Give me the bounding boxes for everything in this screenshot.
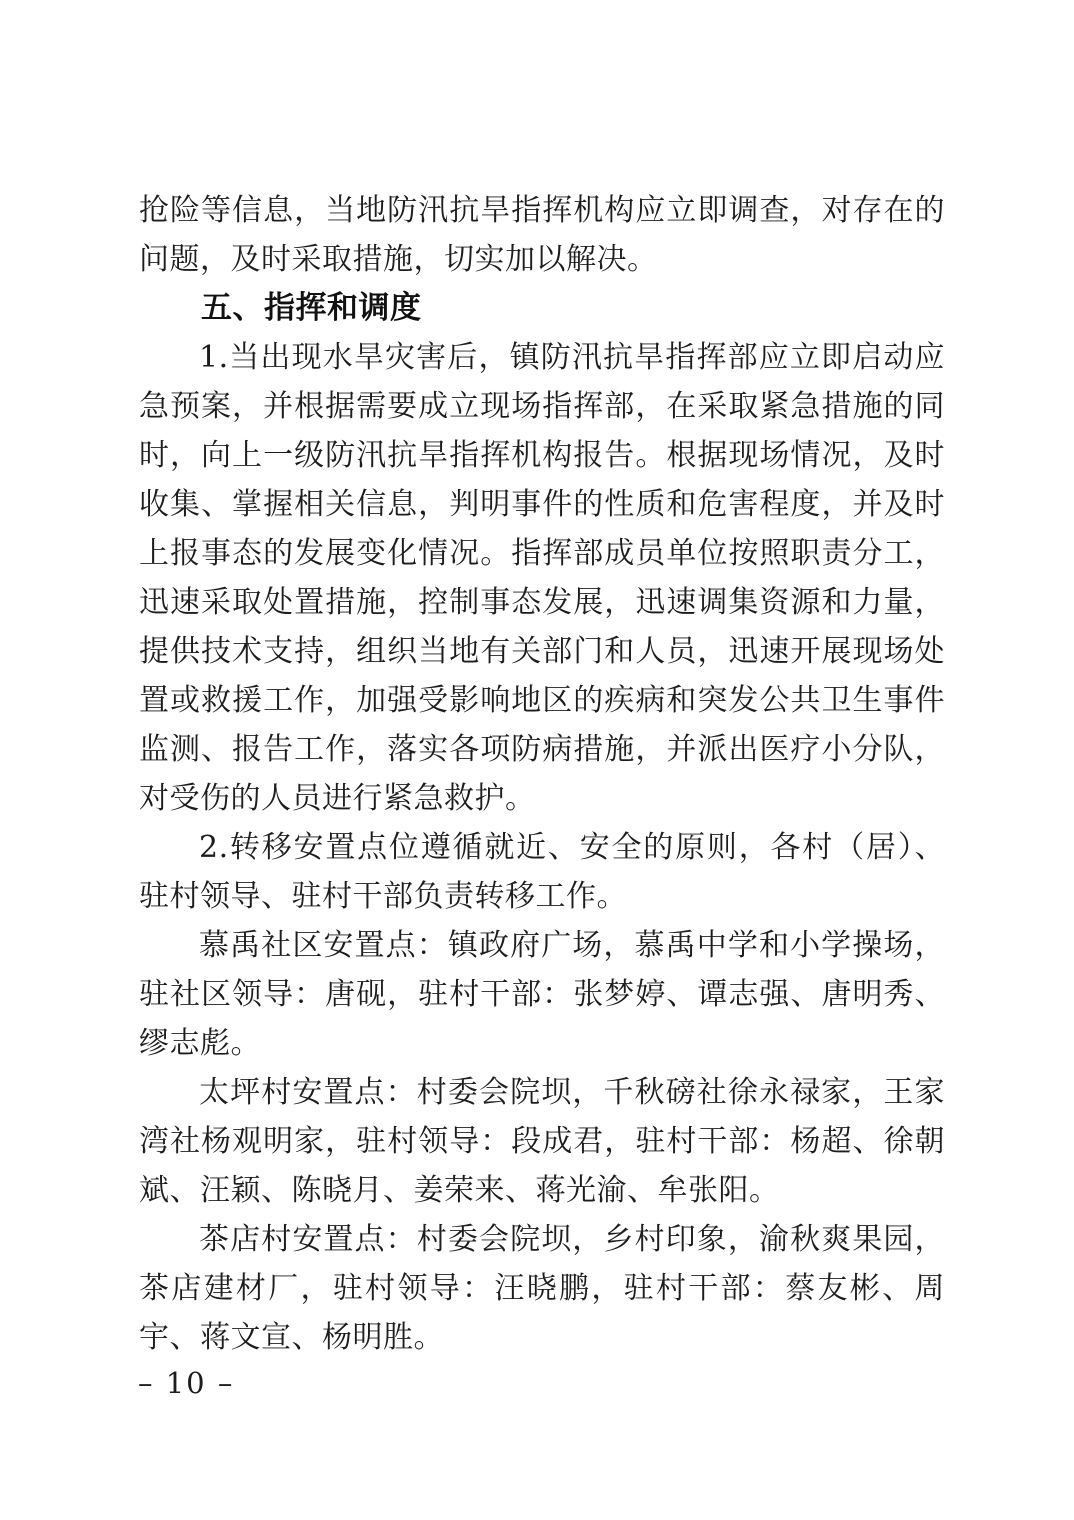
paragraph-item1-emergency-response: 1.当出现水旱灾害后，镇防汛抗旱指挥部应立即启动应急预案，并根据需要成立现场指挥… [139, 333, 945, 823]
document-page: 抢险等信息，当地防汛抗旱指挥机构应立即调查，对存在的问题，及时采取措施，切实加以… [0, 0, 1074, 1520]
page-footer: – 10 – [138, 1366, 234, 1400]
page-number: – 10 – [138, 1366, 234, 1400]
document-body: 抢险等信息，当地防汛抗旱指挥机构应立即调查，对存在的问题，及时采取措施，切实加以… [139, 186, 945, 1362]
paragraph-chadian-village-site: 茶店村安置点：村委会院坝，乡村印象，渝秋爽果园，茶店建材厂，驻村领导：汪晓鹏，驻… [139, 1215, 945, 1362]
paragraph-muyu-community-site: 慕禹社区安置点：镇政府广场，慕禹中学和小学操场，驻社区领导：唐砚，驻村干部：张梦… [139, 921, 945, 1068]
paragraph-taiping-village-site: 太坪村安置点：村委会院坝，千秋磅社徐永禄家，王家湾社杨观明家，驻村领导：段成君，… [139, 1068, 945, 1215]
section-heading-command-and-dispatch: 五、指挥和调度 [139, 284, 945, 333]
paragraph-item2-relocation-principle: 2.转移安置点位遵循就近、安全的原则，各村（居）、驻村领导、驻村干部负责转移工作… [139, 823, 945, 921]
paragraph-continuation: 抢险等信息，当地防汛抗旱指挥机构应立即调查，对存在的问题，及时采取措施，切实加以… [139, 186, 945, 284]
